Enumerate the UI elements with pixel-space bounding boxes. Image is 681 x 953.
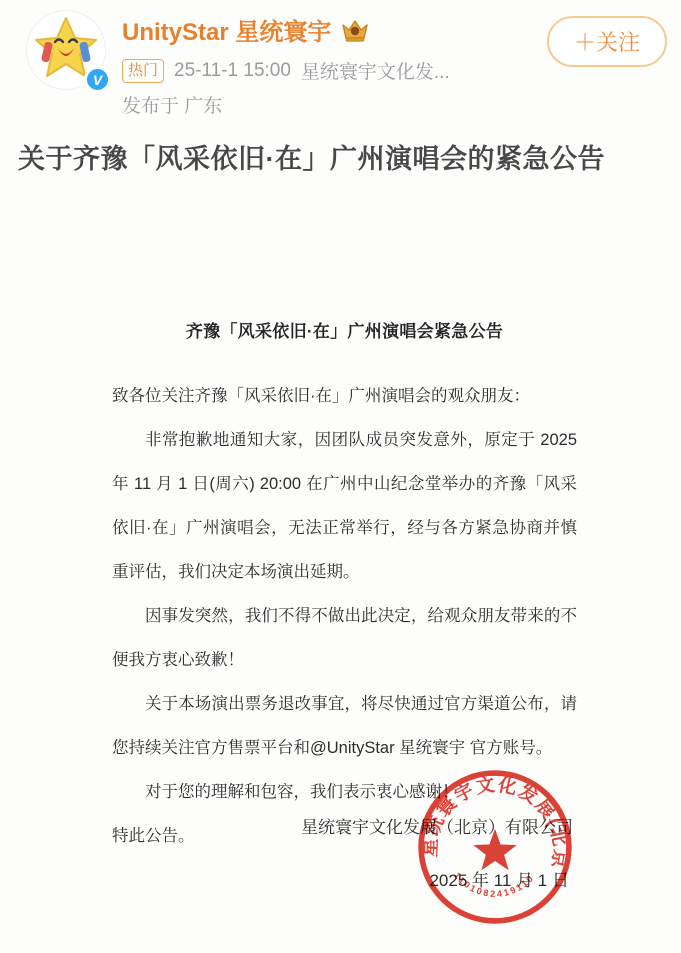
weibo-post-page: V UnityStar 星统寰宇 热门 25-11-1 15:00 星统寰宇文化… xyxy=(0,0,681,953)
follow-button[interactable]: ＋关注 xyxy=(547,16,667,67)
company-name: 星统寰宇文化发展（北京）有限公司 xyxy=(301,817,573,839)
verified-badge-icon: V xyxy=(84,66,111,93)
announcement-document: 齐豫「风采依旧·在」广州演唱会紧急公告 致各位关注齐豫「风采依旧·在」广州演唱会… xyxy=(0,322,681,858)
username[interactable]: UnityStar 星统寰宇 xyxy=(122,12,331,47)
paragraph: 非常抱歉地通知大家，因团队成员突发意外，原定于 2025 年 11 月 1 日(… xyxy=(112,418,577,594)
vip-crown-icon xyxy=(340,17,370,43)
hot-tag[interactable]: 热门 xyxy=(122,59,164,83)
paragraph: 因事发突然，我们不得不做出此决定，给观众朋友带来的不便我方衷心致歉！ xyxy=(112,594,577,682)
post-header: V UnityStar 星统寰宇 热门 25-11-1 15:00 星统寰宇文化… xyxy=(0,0,681,118)
paragraph: 关于本场演出票务退改事宜，将尽快通过官方渠道公布，请您持续关注官方售票平台和@U… xyxy=(112,682,577,770)
source-link[interactable]: 星统寰宇文化发... xyxy=(301,57,450,84)
salutation: 致各位关注齐豫「风采依旧·在」广州演唱会的观众朋友： xyxy=(112,374,577,418)
header-info: UnityStar 星统寰宇 热门 25-11-1 15:00 星统寰宇文化发.… xyxy=(106,10,547,118)
signature-date: 2025 年 11 月 1 日 xyxy=(301,870,573,892)
paragraph: 对于您的理解和包容，我们表示衷心感谢！ xyxy=(112,770,577,814)
post-location: 发布于 广东 xyxy=(122,91,547,118)
document-heading: 齐豫「风采依旧·在」广州演唱会紧急公告 xyxy=(112,322,577,342)
post-title: 关于齐豫「风采依旧·在」广州演唱会的紧急公告 xyxy=(18,140,667,178)
avatar[interactable]: V xyxy=(26,10,106,90)
signature-block: 星统寰宇文化发展（北京）有限公司 2025 年 11 月 1 日 xyxy=(301,817,573,892)
timestamp: 25-11-1 15:00 xyxy=(174,60,291,82)
